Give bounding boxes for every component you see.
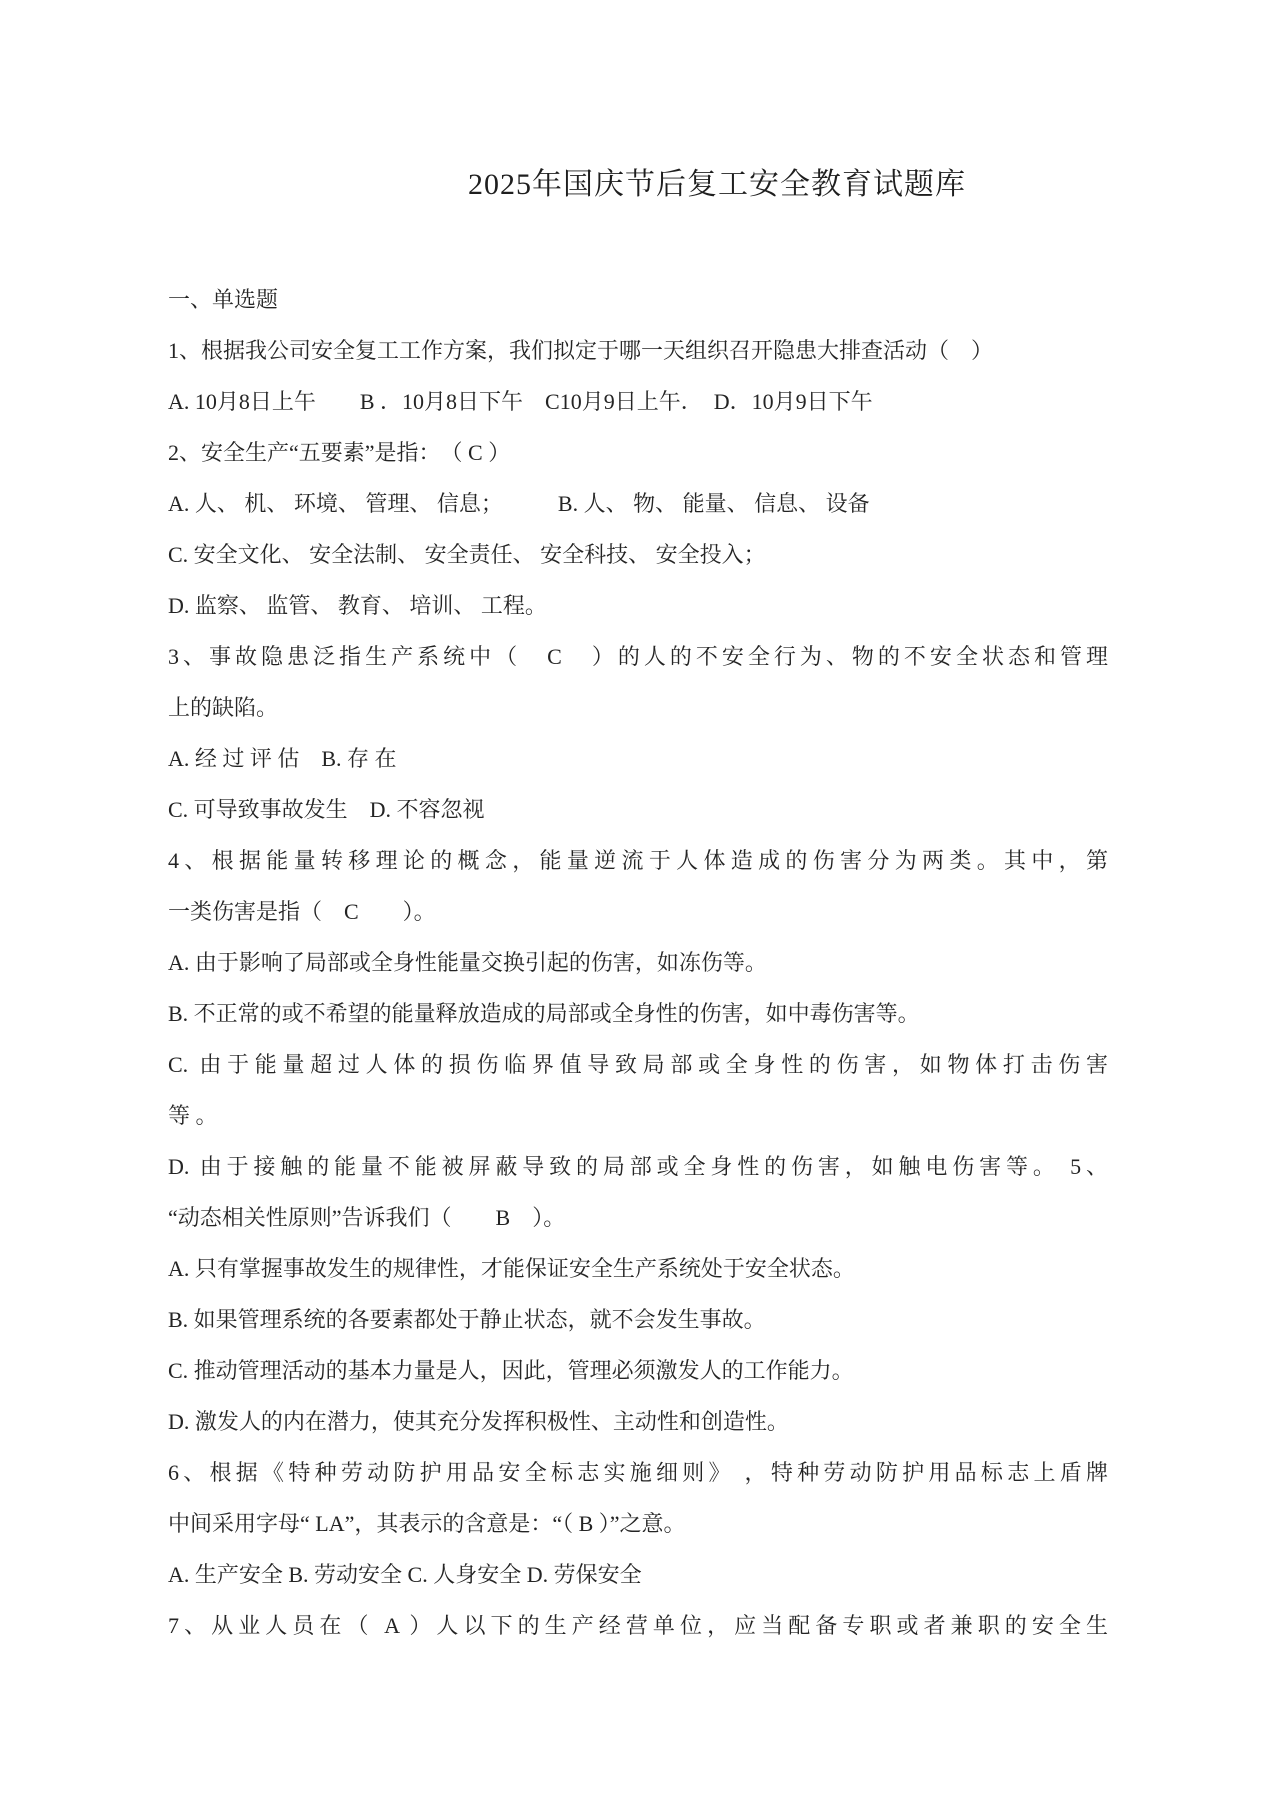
answer-options: A. 经 过 评 估 B. 存 在 — [168, 733, 1108, 784]
answer-options: D. 监察、 监管、 教育、 培训、 工程。 — [168, 580, 1108, 631]
answer-options: A. 只有掌握事故发生的规律性，才能保证安全生产系统处于安全状态。 — [168, 1243, 1108, 1294]
answer-options: C. 安全文化、 安全法制、 安全责任、 安全科技、 安全投入； — [168, 529, 1108, 580]
question-text-continuation: 中间采用字母“ LA”，其表示的含意是：“（ B ）”之意。 — [168, 1498, 1108, 1549]
section-heading: 一、单选题 — [168, 274, 1108, 325]
question-text: 4、根据能量转移理论的概念，能量逆流于人体造成的伤害分为两类。其中，第 — [168, 835, 1108, 886]
question-text-continuation: 一类伤害是指（ C ）。 — [168, 886, 1108, 937]
answer-options: D. 激发人的内在潜力，使其充分发挥积极性、主动性和创造性。 — [168, 1396, 1108, 1447]
answer-options: A. 由于影响了局部或全身性能量交换引起的伤害，如冻伤等。 — [168, 937, 1108, 988]
question-text: 6、根据《特种劳动防护用品安全标志实施细则》 ，特种劳动防护用品标志上盾牌 — [168, 1447, 1108, 1498]
question-text-continuation: 等 。 — [168, 1090, 1108, 1141]
answer-options: B. 如果管理系统的各要素都处于静止状态，就不会发生事故。 — [168, 1294, 1108, 1345]
question-text: 1、根据我公司安全复工工作方案，我们拟定于哪一天组织召开隐患大排查活动（ ） — [168, 325, 1108, 376]
document-page: 2025年国庆节后复工安全教育试题库 一、单选题1、根据我公司安全复工工作方案，… — [0, 0, 1274, 1804]
document-title: 2025年国庆节后复工安全教育试题库 — [468, 164, 966, 206]
answer-options: A. 生产安全 B. 劳动安全 C. 人身安全 D. 劳保安全 — [168, 1549, 1108, 1600]
answer-options: C. 可导致事故发生 D. 不容忽视 — [168, 784, 1108, 835]
question-text: 3、事故隐患泛指生产系统中（ C ）的人的不安全行为、物的不安全状态和管理 — [168, 631, 1108, 682]
answer-options: C. 推动管理活动的基本力量是人，因此，管理必须激发人的工作能力。 — [168, 1345, 1108, 1396]
answer-options: A. 10月8日上午 B ．10月8日下午 C10月9日上午． D．10月9日下… — [168, 376, 1108, 427]
question-text: 7、从业人员在（ A ）人以下的生产经营单位，应当配备专职或者兼职的安全生 — [168, 1600, 1108, 1651]
answer-options: C. 由于能量超过人体的损伤临界值导致局部或全身性的伤害，如物体打击伤害 — [168, 1039, 1108, 1090]
question-text: 2、安全生产“五要素”是指： （ C ） — [168, 427, 1108, 478]
question-text-continuation: “动态相关性原则”告诉我们（ B ）。 — [168, 1192, 1108, 1243]
question-text-continuation: 上的缺陷。 — [168, 682, 1108, 733]
answer-options: B. 不正常的或不希望的能量释放造成的局部或全身性的伤害，如中毒伤害等。 — [168, 988, 1108, 1039]
answer-options: D. 由于接触的能量不能被屏蔽导致的局部或全身性的伤害，如触电伤害等。 5、 — [168, 1141, 1108, 1192]
answer-options: A. 人、 机、 环境、 管理、 信息； B. 人、 物、 能量、 信息、 设备 — [168, 478, 1108, 529]
document-body: 一、单选题1、根据我公司安全复工工作方案，我们拟定于哪一天组织召开隐患大排查活动… — [168, 274, 1108, 1651]
